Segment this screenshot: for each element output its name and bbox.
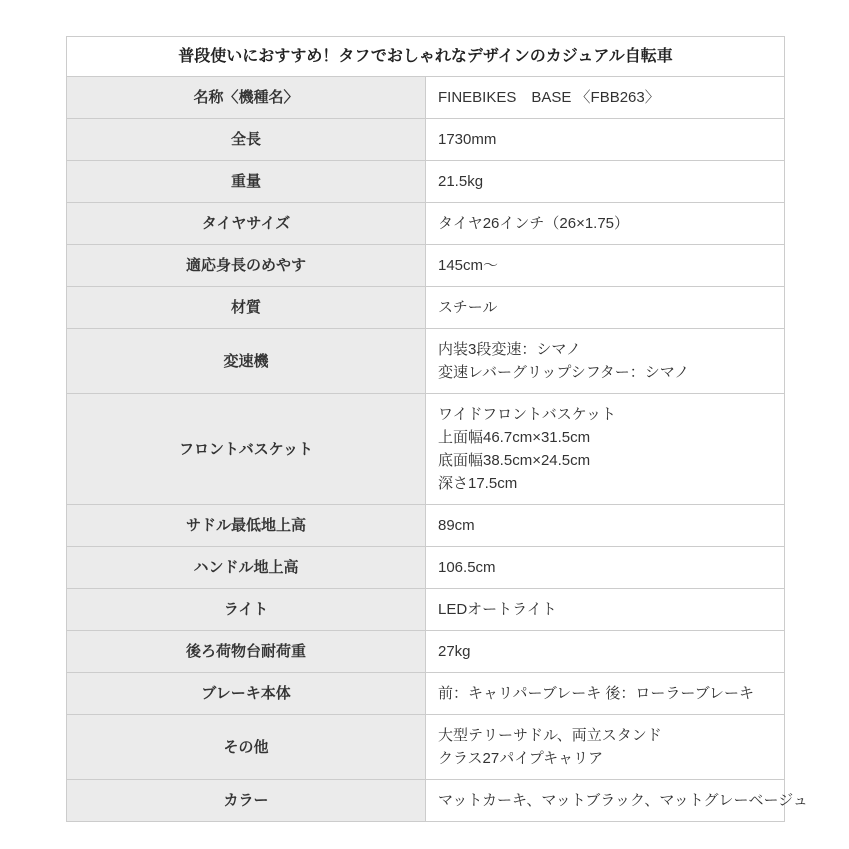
spec-value: タイヤ26インチ（26×1.75） <box>426 203 785 245</box>
spec-value: 1730mm <box>426 119 785 161</box>
spec-value: 前：キャリパーブレーキ 後：ローラーブレーキ <box>426 673 785 715</box>
spec-value: マットカーキ、マットブラック、マットグレーベージュ <box>426 780 785 822</box>
table-row: 全長 1730mm <box>67 119 785 161</box>
spec-label: 適応身長のめやす <box>67 245 426 287</box>
spec-value: ワイドフロントバスケット 上面幅46.7cm×31.5cm 底面幅38.5cm×… <box>426 394 785 505</box>
spec-value-line: マットカーキ、マットブラック、マットグレーベージュ <box>438 789 772 812</box>
spec-value-line: 21.5kg <box>438 170 772 193</box>
spec-label: 名称〈機種名〉 <box>67 77 426 119</box>
spec-value-line: ワイドフロントバスケット <box>438 403 772 426</box>
spec-label: サドル最低地上高 <box>67 505 426 547</box>
spec-label: ライト <box>67 589 426 631</box>
spec-label: 全長 <box>67 119 426 161</box>
table-row: その他 大型テリーサドル、両立スタンド クラス27パイプキャリア <box>67 715 785 780</box>
spec-value-line: FINEBIKES BASE 〈FBB263〉 <box>438 86 772 109</box>
spec-value-line: 89cm <box>438 514 772 537</box>
table-row: 重量 21.5kg <box>67 161 785 203</box>
spec-label: ハンドル地上高 <box>67 547 426 589</box>
table-row: カラー マットカーキ、マットブラック、マットグレーベージュ <box>67 780 785 822</box>
spec-label: タイヤサイズ <box>67 203 426 245</box>
spec-value-line: 底面幅38.5cm×24.5cm <box>438 449 772 472</box>
spec-value-line: 145cm～ <box>438 254 772 277</box>
spec-value-line: 1730mm <box>438 128 772 151</box>
spec-label: 重量 <box>67 161 426 203</box>
spec-value: 89cm <box>426 505 785 547</box>
spec-value: スチール <box>426 287 785 329</box>
spec-label: 材質 <box>67 287 426 329</box>
spec-label: フロントバスケット <box>67 394 426 505</box>
spec-label: ブレーキ本体 <box>67 673 426 715</box>
table-row: ブレーキ本体 前：キャリパーブレーキ 後：ローラーブレーキ <box>67 673 785 715</box>
spec-value-line: 上面幅46.7cm×31.5cm <box>438 426 772 449</box>
spec-value: 145cm～ <box>426 245 785 287</box>
spec-value: 大型テリーサドル、両立スタンド クラス27パイプキャリア <box>426 715 785 780</box>
table-row: フロントバスケット ワイドフロントバスケット 上面幅46.7cm×31.5cm … <box>67 394 785 505</box>
spec-value-line: クラス27パイプキャリア <box>438 747 772 770</box>
table-row: ライト LEDオートライト <box>67 589 785 631</box>
spec-value-line: 大型テリーサドル、両立スタンド <box>438 724 772 747</box>
table-row: タイヤサイズ タイヤ26インチ（26×1.75） <box>67 203 785 245</box>
spec-value-line: LEDオートライト <box>438 598 772 621</box>
table-row: 名称〈機種名〉 FINEBIKES BASE 〈FBB263〉 <box>67 77 785 119</box>
spec-value-line: 内装3段変速：シマノ <box>438 338 772 361</box>
table-title-row: 普段使いにおすすめ！タフでおしゃれなデザインのカジュアル自転車 <box>67 37 785 77</box>
spec-value: 106.5cm <box>426 547 785 589</box>
spec-value: LEDオートライト <box>426 589 785 631</box>
spec-label: その他 <box>67 715 426 780</box>
spec-value-line: タイヤ26インチ（26×1.75） <box>438 212 772 235</box>
table-row: 適応身長のめやす 145cm～ <box>67 245 785 287</box>
table-row: 変速機 内装3段変速：シマノ 変速レバーグリップシフター：シマノ <box>67 329 785 394</box>
spec-value-line: 変速レバーグリップシフター：シマノ <box>438 361 772 384</box>
spec-label: 変速機 <box>67 329 426 394</box>
spec-value-line: 前：キャリパーブレーキ 後：ローラーブレーキ <box>438 682 772 705</box>
spec-label: カラー <box>67 780 426 822</box>
table-title: 普段使いにおすすめ！タフでおしゃれなデザインのカジュアル自転車 <box>67 37 785 77</box>
table-row: 材質 スチール <box>67 287 785 329</box>
spec-value-line: 27kg <box>438 640 772 663</box>
table-row: ハンドル地上高 106.5cm <box>67 547 785 589</box>
spec-value: FINEBIKES BASE 〈FBB263〉 <box>426 77 785 119</box>
spec-value-line: 深さ17.5cm <box>438 472 772 495</box>
spec-value-line: 106.5cm <box>438 556 772 579</box>
spec-label: 後ろ荷物台耐荷重 <box>67 631 426 673</box>
spec-value: 21.5kg <box>426 161 785 203</box>
product-spec-table: 普段使いにおすすめ！タフでおしゃれなデザインのカジュアル自転車 名称〈機種名〉 … <box>66 36 785 822</box>
spec-value: 内装3段変速：シマノ 変速レバーグリップシフター：シマノ <box>426 329 785 394</box>
spec-value-line: スチール <box>438 296 772 319</box>
table-row: サドル最低地上高 89cm <box>67 505 785 547</box>
spec-value: 27kg <box>426 631 785 673</box>
table-row: 後ろ荷物台耐荷重 27kg <box>67 631 785 673</box>
